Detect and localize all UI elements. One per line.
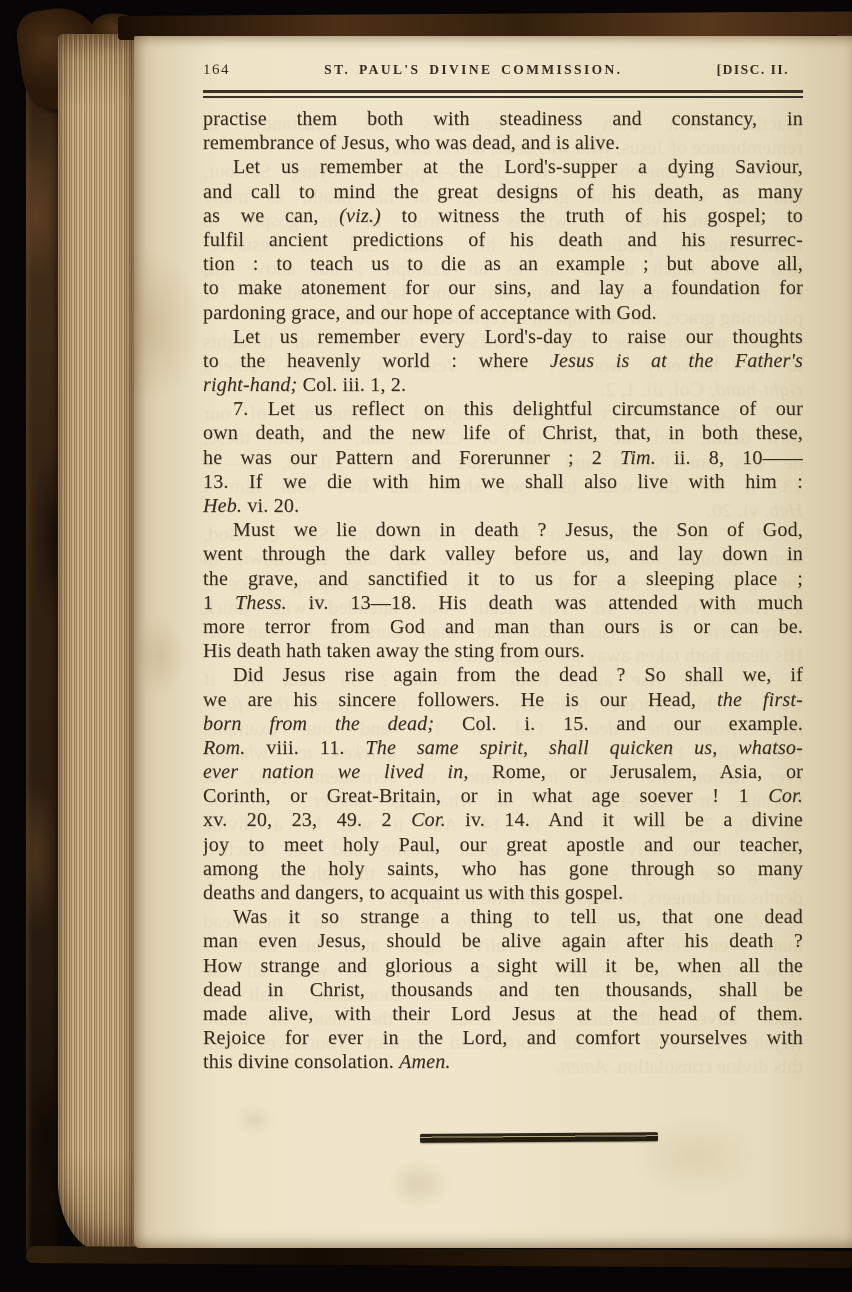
text-line: Let us remember every Lord's-day to rais… bbox=[203, 325, 803, 349]
page-header: 164 ST. PAUL'S DIVINE COMMISSION. [DISC.… bbox=[203, 62, 803, 84]
text-line: Did Jesus rise again from the dead ? So … bbox=[203, 663, 803, 687]
book-page: 164 ST. PAUL'S DIVINE COMMISSION. [DISC.… bbox=[134, 36, 852, 1248]
section-end-rule bbox=[420, 1132, 658, 1143]
running-title: ST. PAUL'S DIVINE COMMISSION. bbox=[230, 62, 717, 78]
text-line: How strange and glorious a sight will it… bbox=[203, 954, 803, 978]
text-line: the grave, and sanctified it to us for a… bbox=[203, 567, 803, 591]
text-line: Must we lie down in death ? Jesus, the S… bbox=[203, 518, 803, 542]
header-rule bbox=[203, 90, 803, 98]
text-line: 1 Thess. iv. 13—18. His death was attend… bbox=[203, 591, 803, 615]
text-line: fulfil ancient predictions of his death … bbox=[203, 228, 803, 252]
text-line: dead in Christ, thousands and ten thousa… bbox=[203, 978, 803, 1002]
text-line: ever nation we lived in, Rome, or Jerusa… bbox=[203, 760, 803, 784]
text-line: this divine consolation. Amen. bbox=[203, 1050, 803, 1074]
text-column: practise them both with steadiness and c… bbox=[203, 107, 803, 1075]
text-line: made alive, with their Lord Jesus at the… bbox=[203, 1002, 803, 1026]
text-line: xv. 20, 23, 49. 2 Cor. iv. 14. And it wi… bbox=[203, 808, 803, 832]
text-line: born from the dead; Col. i. 15. and our … bbox=[203, 712, 803, 736]
text-line: more terror from God and man than ours i… bbox=[203, 615, 803, 639]
page-number: 164 bbox=[203, 62, 230, 79]
text-line: right-hand; Col. iii. 1, 2. bbox=[203, 373, 803, 397]
text-line: he was our Pattern and Forerunner ; 2 Ti… bbox=[203, 446, 803, 470]
scanned-book-photo: 164 ST. PAUL'S DIVINE COMMISSION. [DISC.… bbox=[0, 0, 852, 1292]
text-line: and call to mind the great designs of hi… bbox=[203, 180, 803, 204]
text-line: 7. Let us reflect on this delightful cir… bbox=[203, 397, 803, 421]
text-line: Heb. vi. 20. bbox=[203, 494, 803, 518]
page-content: 164 ST. PAUL'S DIVINE COMMISSION. [DISC.… bbox=[203, 62, 803, 1142]
text-line: Rejoice for ever in the Lord, and comfor… bbox=[203, 1026, 803, 1050]
text-line: His death hath taken away the sting from… bbox=[203, 639, 803, 663]
text-line: went through the dark valley before us, … bbox=[203, 542, 803, 566]
page-edges-stack bbox=[58, 34, 136, 1252]
text-line: own death, and the new life of Christ, t… bbox=[203, 421, 803, 445]
text-line: remembrance of Jesus, who was dead, and … bbox=[203, 131, 803, 155]
text-line: as we can, (viz.) to witness the truth o… bbox=[203, 204, 803, 228]
text-line: among the holy saints, who has gone thro… bbox=[203, 857, 803, 881]
text-line: Let us remember at the Lord's-supper a d… bbox=[203, 155, 803, 179]
text-line: 13. If we die with him we shall also liv… bbox=[203, 470, 803, 494]
text-line: pardoning grace, and our hope of accepta… bbox=[203, 301, 803, 325]
text-line: tion : to teach us to die as an example … bbox=[203, 252, 803, 276]
discourse-label: [DISC. II. bbox=[717, 62, 789, 78]
text-line: to the heavenly world : where Jesus is a… bbox=[203, 349, 803, 373]
text-line: practise them both with steadiness and c… bbox=[203, 107, 803, 131]
text-line: to make atonement for our sins, and lay … bbox=[203, 276, 803, 300]
text-line: deaths and dangers, to acquaint us with … bbox=[203, 881, 803, 905]
text-line: Rom. viii. 11. The same spirit, shall qu… bbox=[203, 736, 803, 760]
text-line: joy to meet holy Paul, our great apostle… bbox=[203, 833, 803, 857]
text-line: Corinth, or Great-Britain, or in what ag… bbox=[203, 784, 803, 808]
body-text: practise them both with steadiness and c… bbox=[203, 107, 803, 1075]
text-line: man even Jesus, should be alive again af… bbox=[203, 929, 803, 953]
book-bottom-edge bbox=[26, 1246, 852, 1268]
text-line: we are his sincere followers. He is our … bbox=[203, 688, 803, 712]
book-spine bbox=[26, 16, 62, 1262]
text-line: Was it so strange a thing to tell us, th… bbox=[203, 905, 803, 929]
